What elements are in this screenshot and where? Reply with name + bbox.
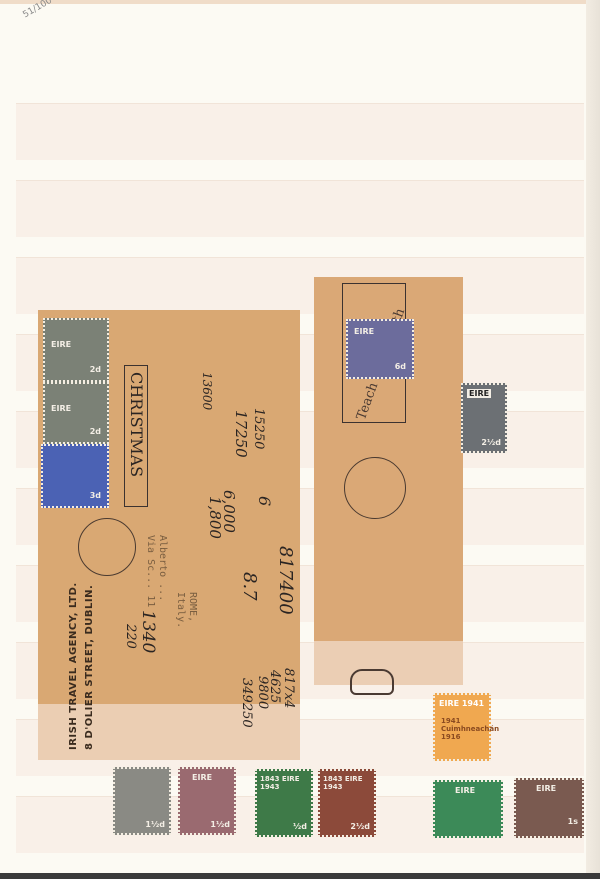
handwritten-note: 817400 [275, 546, 296, 615]
stock-strip-3 [16, 257, 584, 314]
stamp-1-half-d[interactable]: 1½d [113, 767, 171, 835]
stamp-value: 2d [90, 365, 101, 374]
handwritten-note: 220 [123, 624, 138, 649]
stamp-label: 1843 EIRE 1943 [260, 775, 311, 791]
stamp-eire-1941-overprint[interactable]: EIRE 1941 1941 Cuimhneachán 1916 [433, 693, 491, 761]
stamp-value: 1½d [145, 820, 165, 829]
stamp-3d-blue[interactable]: 3d [41, 444, 109, 508]
address-line: Italy. [175, 592, 186, 628]
stamp-label: 1843 EIRE 1943 [323, 775, 374, 791]
stamp-value: ½d [293, 822, 307, 831]
stamp-label: EIRE [536, 784, 556, 793]
stamp-value: 6d [395, 362, 406, 371]
postmark [78, 518, 136, 576]
page-right-edge [586, 0, 600, 879]
stamp-hamilton-2-half-d[interactable]: 1843 EIRE 1943 2½d [318, 769, 376, 837]
stamp-value: 2½d [350, 822, 370, 831]
stamp-eire-green[interactable]: EIRE [433, 780, 503, 838]
stamp-value: 2½d [481, 438, 501, 447]
sender-line-1: IRISH TRAVEL AGENCY, LTD. [68, 582, 79, 750]
stockbook-page: 51/100 EIRE 2d EIRE 2d 3d CHRISTMAS IRIS… [0, 0, 600, 879]
cover-envelope[interactable]: EIRE 2d EIRE 2d 3d CHRISTMAS IRISH TRAVE… [38, 310, 300, 760]
handwritten-note: 817x4 [281, 668, 296, 708]
stamp-eire-2-half-d[interactable]: EIRE 2½d [461, 383, 507, 453]
stock-strip-2 [16, 180, 584, 237]
stamp-label: EIRE [192, 773, 212, 782]
handwritten-note: 9800 [255, 676, 270, 709]
stamp-overprint: 1941 Cuimhneachán 1916 [441, 717, 487, 741]
stamp-label: EIRE [354, 327, 374, 336]
page-top-edge [0, 0, 600, 4]
stamp-eire-1-half-d[interactable]: EIRE 1½d [178, 767, 236, 835]
handwritten-note: 1,800 [206, 496, 224, 539]
stamp-value: 1½d [210, 820, 230, 829]
stamp-eire-2d[interactable]: EIRE 2d [43, 382, 109, 444]
stamp-label: EIRE [51, 404, 71, 413]
stamp-hamilton-half-d[interactable]: 1843 EIRE 1943 ½d [255, 769, 313, 837]
handwritten-note: 6 [255, 496, 274, 506]
postmark [344, 457, 406, 519]
page-bottom-edge [0, 873, 600, 879]
stamp-label: EIRE [455, 786, 475, 795]
stamp-label: EIRE [467, 389, 491, 398]
address-line: ROME, [187, 592, 198, 622]
harp-stamp-icon [350, 669, 394, 695]
stamp-label: EIRE 1941 [439, 699, 484, 708]
stamp-eire-2d[interactable]: EIRE 2d [43, 318, 109, 382]
handwritten-note: 13600 [200, 372, 214, 410]
handwritten-note: 1340 [138, 610, 158, 653]
handwritten-note: 17250 [232, 410, 250, 458]
sender-line-2: 8 D'OLIER STREET, DUBLIN. [84, 585, 95, 750]
address-line: Alberto ... [157, 535, 168, 601]
stamp-eire-6d[interactable]: EIRE 6d [346, 319, 414, 379]
slogan-text: CHRISTMAS [127, 372, 146, 477]
stamp-label: EIRE [51, 340, 71, 349]
stock-strip-1 [16, 103, 584, 160]
handwritten-note: 349250 [239, 678, 254, 728]
address-line: Via Sc... 11 [145, 535, 156, 607]
stamp-value: 3d [90, 491, 101, 500]
stamp-eire-1s[interactable]: EIRE 1s [514, 778, 584, 838]
cover-piece[interactable]: Teach ... Cre ... th EIRE 6d [314, 277, 463, 685]
handwritten-note: 15250 [251, 408, 266, 449]
handwritten-note: 8.7 [239, 572, 260, 601]
stamp-value: 1s [568, 817, 578, 826]
stamp-value: 2d [90, 427, 101, 436]
